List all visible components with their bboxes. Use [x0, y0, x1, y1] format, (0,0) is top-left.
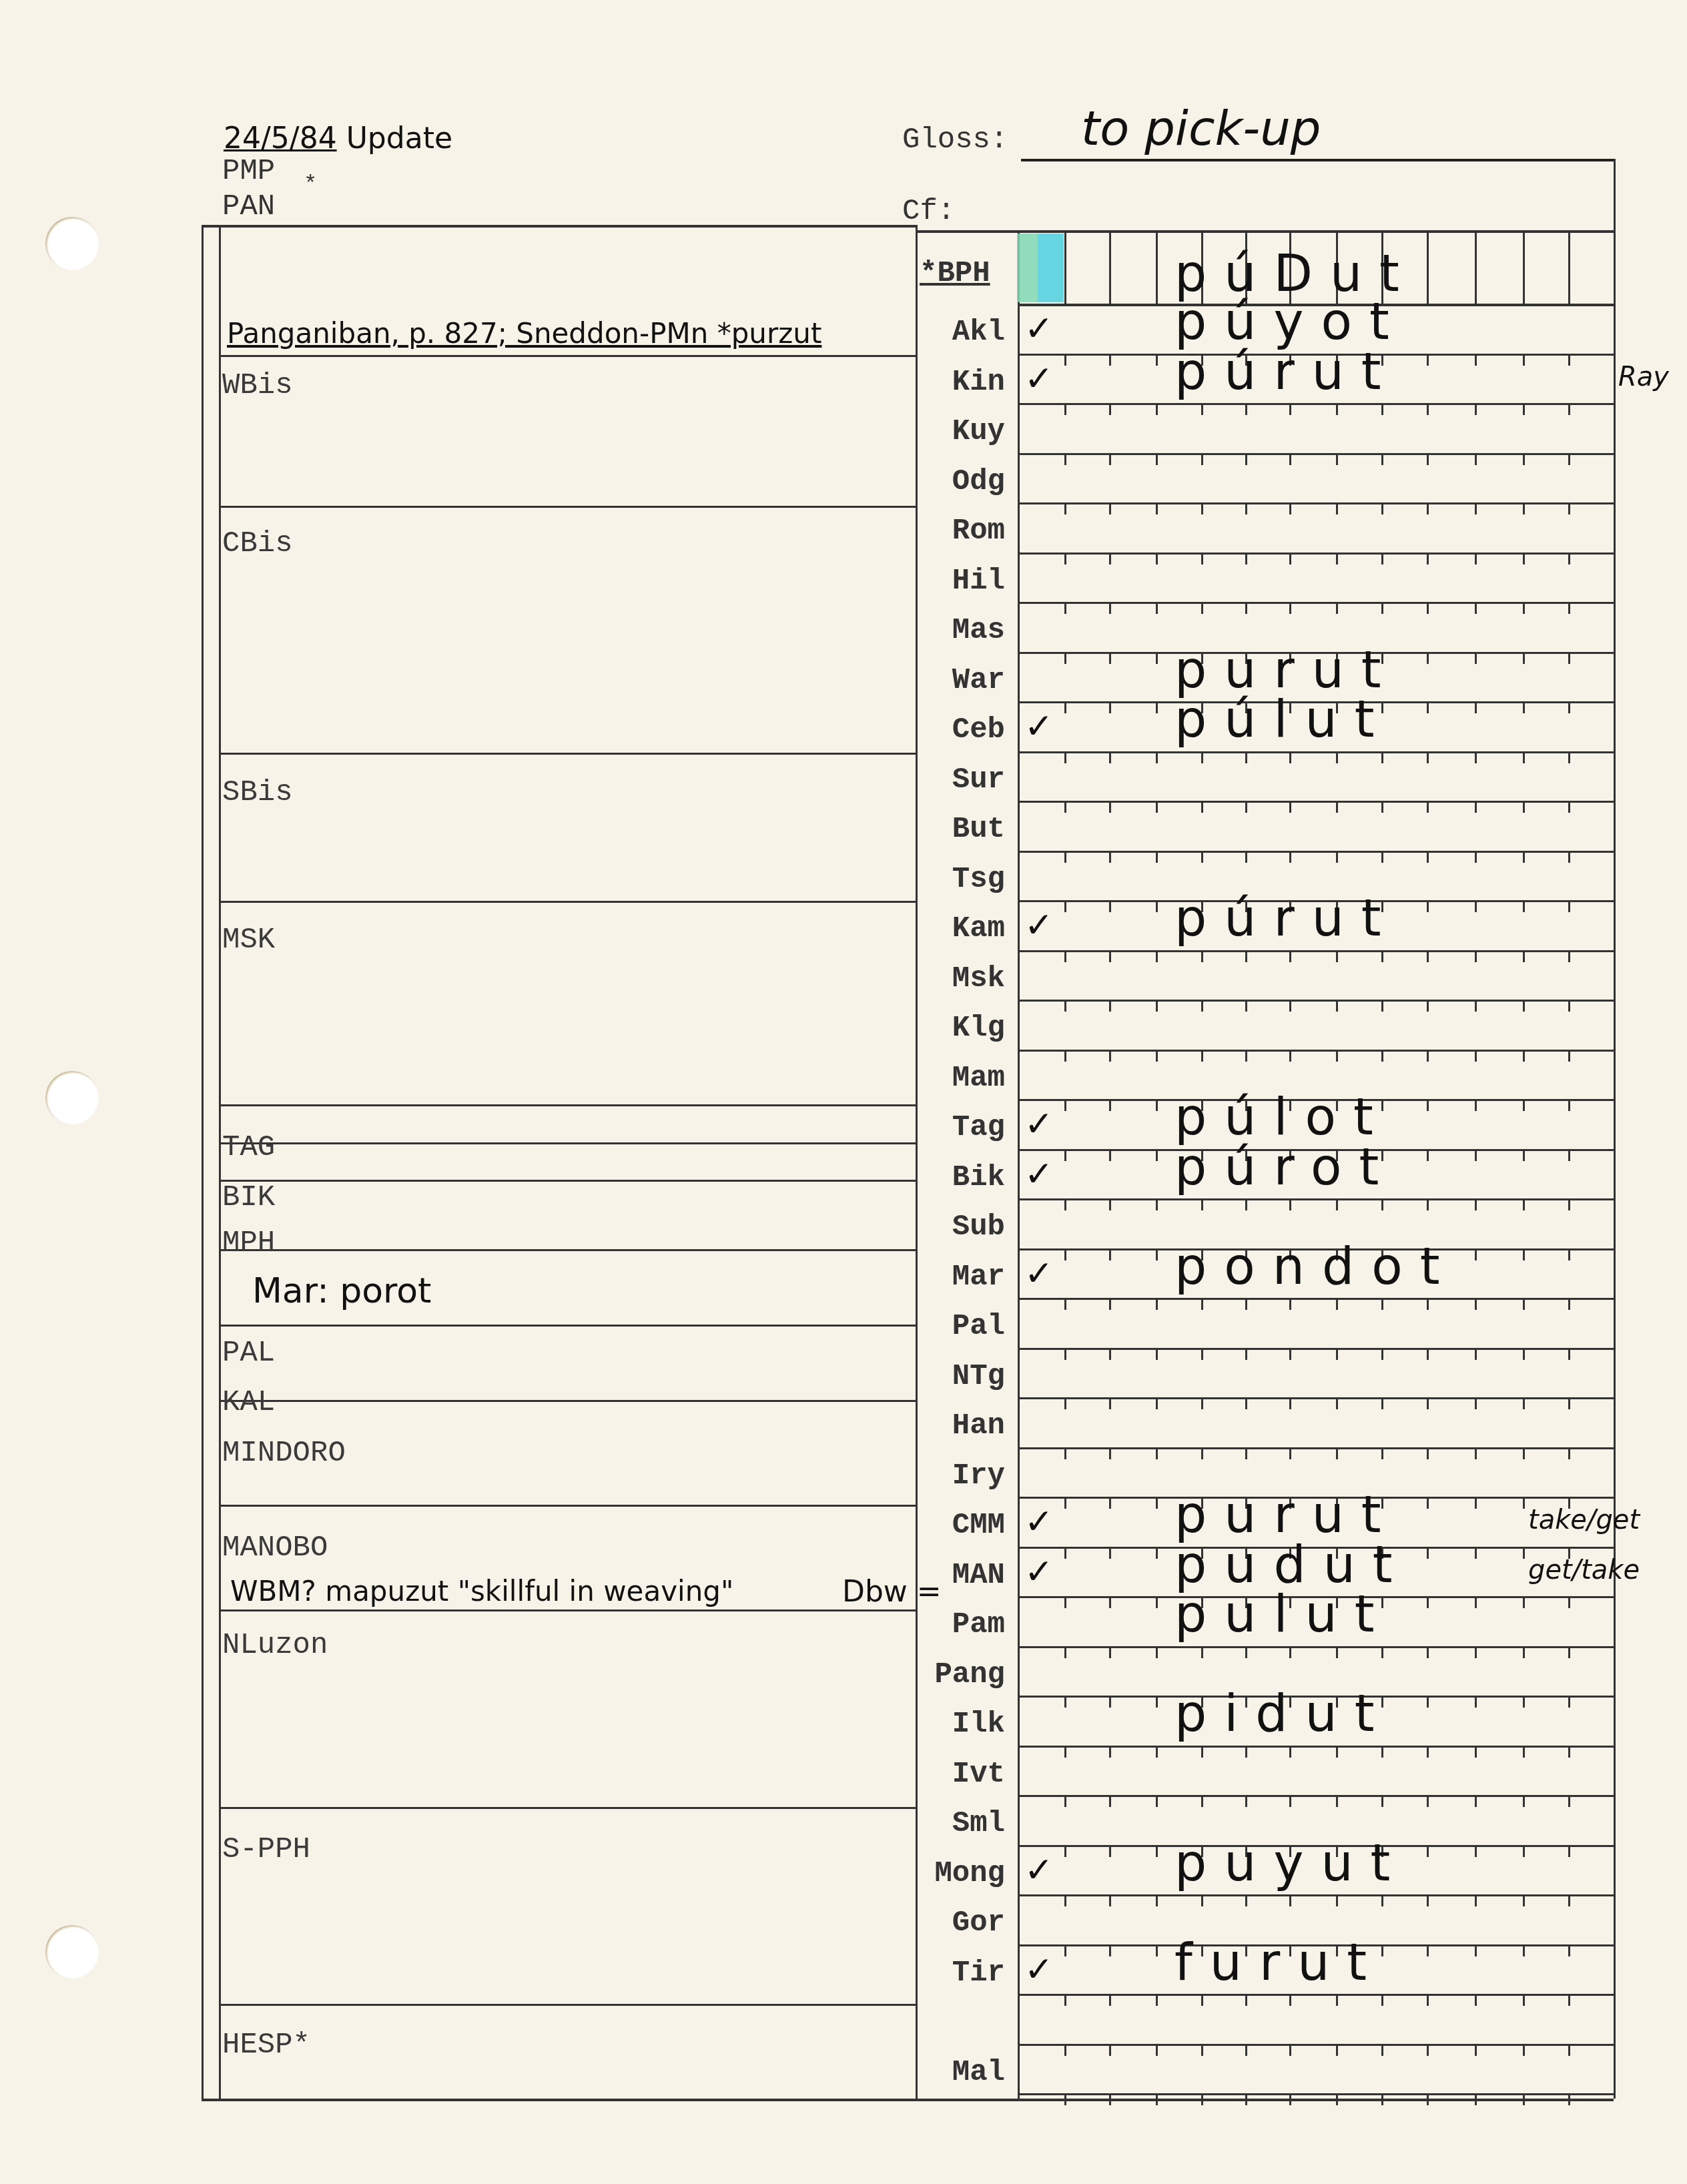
tick-mark	[1568, 602, 1570, 614]
tick-mark	[1156, 701, 1158, 713]
tick-mark	[1336, 1050, 1338, 1062]
tick-mark	[1245, 502, 1247, 514]
update-date: 24/5/84	[224, 121, 337, 155]
tick-mark	[1156, 1696, 1158, 1708]
tick-mark	[1568, 1000, 1570, 1012]
tick-mark	[1336, 751, 1338, 763]
tick-mark	[1568, 1198, 1570, 1210]
subgroup-label: MSK	[222, 924, 275, 957]
tick-mark	[1427, 553, 1429, 565]
tick-mark	[1427, 1149, 1429, 1161]
tick-mark	[1475, 950, 1477, 962]
tick-mark	[1475, 1994, 1477, 2006]
tick-mark	[1523, 1795, 1525, 1807]
tick-mark	[1381, 1646, 1383, 1658]
check-mark: ✓	[1024, 1254, 1054, 1294]
tick-mark	[1381, 502, 1383, 514]
check-mark: ✓	[1024, 1104, 1054, 1144]
tick-mark	[1201, 1198, 1203, 1210]
tick-mark	[1336, 1994, 1338, 2006]
tick-mark	[1475, 1248, 1477, 1260]
reflex-form: pidut	[1174, 1684, 1392, 1743]
tick-mark	[1109, 1894, 1111, 1906]
tick-mark	[1109, 1944, 1111, 1956]
tick-mark	[1064, 1944, 1066, 1956]
tick-mark	[1201, 1894, 1203, 1906]
tick-mark	[1475, 1746, 1477, 1758]
tick-mark	[1064, 1348, 1066, 1360]
proto-label: *BPH	[920, 257, 990, 290]
tick-mark	[1289, 851, 1291, 863]
tick-mark	[1427, 1198, 1429, 1210]
tick-mark	[1523, 1497, 1525, 1509]
tick-mark	[1381, 1994, 1383, 2006]
language-code: Rom	[921, 514, 1005, 548]
highlighter-mark	[1017, 234, 1064, 302]
tick-mark	[1381, 553, 1383, 565]
tick-mark	[1109, 502, 1111, 514]
tick-mark	[1523, 1447, 1525, 1459]
tick-mark	[1064, 751, 1066, 763]
language-code: Kin	[921, 366, 1005, 399]
language-code: Akl	[921, 316, 1005, 349]
language-code: Tag	[921, 1111, 1005, 1144]
tick-mark	[1475, 801, 1477, 813]
tick-mark	[1475, 1348, 1477, 1360]
tick-mark	[1156, 851, 1158, 863]
tick-mark	[1427, 1795, 1429, 1807]
tick-mark	[1427, 701, 1429, 713]
tick-mark	[1336, 1795, 1338, 1807]
tick-mark	[1523, 1994, 1525, 2006]
tick-mark	[1109, 900, 1111, 912]
tick-mark	[1201, 1447, 1203, 1459]
tick-mark	[1381, 1348, 1383, 1360]
tick-mark	[1427, 602, 1429, 614]
check-mark: ✓	[1024, 1552, 1054, 1592]
tick-mark	[1336, 2044, 1338, 2056]
language-code: Tsg	[921, 863, 1005, 896]
subgroup-label: MPH	[222, 1226, 275, 1260]
tick-mark	[1336, 1894, 1338, 1906]
tick-mark	[1064, 1497, 1066, 1509]
check-mark: ✓	[1024, 1850, 1054, 1890]
tick-mark	[1427, 1000, 1429, 1012]
language-code: But	[921, 813, 1005, 846]
tick-mark	[1568, 1894, 1570, 1906]
rule-line	[219, 506, 916, 508]
tick-mark	[1289, 1348, 1291, 1360]
column-line	[1156, 230, 1158, 304]
tick-mark	[1109, 1696, 1111, 1708]
tick-mark	[1381, 1198, 1383, 1210]
tick-mark	[1064, 1845, 1066, 1857]
check-mark: ✓	[1024, 707, 1054, 747]
tick-mark	[1523, 900, 1525, 912]
tick-mark	[1064, 652, 1066, 664]
tick-mark	[1245, 1397, 1247, 1409]
tick-mark	[1201, 1348, 1203, 1360]
tick-mark	[1245, 1050, 1247, 1062]
subgroup-note: Mar: porot	[252, 1271, 432, 1311]
tick-mark	[1336, 1198, 1338, 1210]
binder-hole	[45, 1925, 99, 1978]
tick-mark	[1475, 2044, 1477, 2056]
tick-mark	[1289, 453, 1291, 465]
tick-mark	[1245, 1000, 1247, 1012]
tick-mark	[1523, 1298, 1525, 1310]
rule-line	[219, 753, 916, 755]
tick-mark	[1109, 1547, 1111, 1559]
column-line	[916, 225, 918, 2099]
language-code: Gor	[921, 1906, 1005, 1940]
tick-mark	[1109, 1248, 1111, 1260]
column-line	[1523, 230, 1525, 304]
tick-mark	[1064, 2044, 1066, 2056]
tick-mark	[1427, 1894, 1429, 1906]
language-code: Mar	[921, 1260, 1005, 1294]
tick-mark	[1475, 1447, 1477, 1459]
tick-mark	[1156, 1795, 1158, 1807]
subgroup-label: MINDORO	[222, 1437, 346, 1470]
tick-mark	[1475, 751, 1477, 763]
tick-mark	[1427, 1596, 1429, 1608]
tick-mark	[1064, 801, 1066, 813]
tick-mark	[1523, 553, 1525, 565]
tick-mark	[1245, 602, 1247, 614]
rule-line	[219, 1325, 916, 1327]
language-code: Pal	[921, 1310, 1005, 1343]
tick-mark	[1289, 403, 1291, 415]
tick-mark	[1109, 1646, 1111, 1658]
rule-line	[219, 1142, 916, 1144]
tick-mark	[1156, 950, 1158, 962]
tick-mark	[1156, 453, 1158, 465]
tick-mark	[1427, 1646, 1429, 1658]
tick-mark	[1475, 1050, 1477, 1062]
tick-mark	[1568, 502, 1570, 514]
tick-mark	[1568, 701, 1570, 713]
tick-mark	[1523, 1547, 1525, 1559]
tick-mark	[1156, 1447, 1158, 1459]
tick-mark	[1427, 1696, 1429, 1708]
tick-mark	[1156, 1845, 1158, 1857]
tick-mark	[1475, 453, 1477, 465]
tick-mark	[1568, 1447, 1570, 1459]
tick-mark	[1289, 1298, 1291, 1310]
tick-mark	[1336, 1348, 1338, 1360]
tick-mark	[1523, 1646, 1525, 1658]
subgroup-label: BIK	[222, 1181, 275, 1214]
tick-mark	[1336, 1000, 1338, 1012]
tick-mark	[1381, 1050, 1383, 1062]
tick-mark	[1523, 1596, 1525, 1608]
tick-mark	[1427, 354, 1429, 366]
tick-mark	[1568, 1795, 1570, 1807]
tick-mark	[1289, 2093, 1291, 2105]
tick-mark	[1201, 751, 1203, 763]
update-date-note: 24/5/84 Update	[224, 121, 452, 155]
tick-mark	[1064, 1198, 1066, 1210]
tick-mark	[1568, 950, 1570, 962]
rule-line	[219, 1249, 916, 1251]
language-code: Sml	[921, 1807, 1005, 1840]
language-code: Mam	[921, 1062, 1005, 1095]
tick-mark	[1245, 553, 1247, 565]
tick-mark	[1427, 950, 1429, 962]
tick-mark	[1064, 1447, 1066, 1459]
tick-mark	[1289, 1646, 1291, 1658]
tick-mark	[1109, 751, 1111, 763]
tick-mark	[1427, 1994, 1429, 2006]
rule-line	[219, 1104, 916, 1106]
subgroup-label: NLuzon	[222, 1629, 328, 1662]
reflex-form: pondot	[1174, 1236, 1457, 1296]
tick-mark	[1201, 403, 1203, 415]
tick-mark	[1568, 1397, 1570, 1409]
tick-mark	[1427, 1099, 1429, 1111]
tick-mark	[1381, 751, 1383, 763]
tick-mark	[1336, 2093, 1338, 2105]
check-mark: ✓	[1024, 1950, 1054, 1990]
tick-mark	[1568, 1099, 1570, 1111]
tick-mark	[1156, 1397, 1158, 1409]
tick-mark	[1336, 602, 1338, 614]
tick-mark	[1201, 502, 1203, 514]
tick-mark	[1475, 851, 1477, 863]
tick-mark	[1201, 1795, 1203, 1807]
tick-mark	[1156, 751, 1158, 763]
tick-mark	[1427, 751, 1429, 763]
tick-mark	[1156, 1149, 1158, 1161]
tick-mark	[1381, 1447, 1383, 1459]
tick-mark	[1568, 851, 1570, 863]
rule-line	[219, 1400, 916, 1402]
tick-mark	[1245, 751, 1247, 763]
tick-mark	[1523, 2093, 1525, 2105]
tick-mark	[1156, 553, 1158, 565]
tick-mark	[1381, 1000, 1383, 1012]
tick-mark	[1523, 502, 1525, 514]
check-mark: ✓	[1024, 1502, 1054, 1542]
tick-mark	[1427, 1397, 1429, 1409]
tick-mark	[1245, 403, 1247, 415]
tick-mark	[1523, 1149, 1525, 1161]
reflex-form: furut	[1174, 1932, 1384, 1992]
rule-line	[219, 355, 916, 357]
tick-mark	[1568, 1845, 1570, 1857]
tick-mark	[1427, 1497, 1429, 1509]
rule-line	[202, 225, 916, 228]
tick-mark	[1109, 453, 1111, 465]
column-line	[1475, 230, 1477, 304]
tick-mark	[1381, 851, 1383, 863]
tick-mark	[1156, 1497, 1158, 1509]
pan-label: PAN	[222, 190, 275, 224]
tick-mark	[1064, 1596, 1066, 1608]
tick-mark	[1568, 2093, 1570, 2105]
tick-mark	[1245, 851, 1247, 863]
tick-mark	[1475, 1845, 1477, 1857]
tick-mark	[1201, 1397, 1203, 1409]
tick-mark	[1523, 453, 1525, 465]
language-code: Ilk	[921, 1708, 1005, 1741]
tick-mark	[1064, 1000, 1066, 1012]
tick-mark	[1109, 1099, 1111, 1111]
tick-mark	[1523, 1397, 1525, 1409]
column-line	[1064, 230, 1066, 304]
tick-mark	[1427, 2044, 1429, 2056]
tick-mark	[1201, 1050, 1203, 1062]
tick-mark	[1156, 652, 1158, 664]
tick-mark	[1568, 453, 1570, 465]
tick-mark	[1289, 602, 1291, 614]
tick-mark	[1109, 602, 1111, 614]
tick-mark	[1289, 2044, 1291, 2056]
language-code: Bik	[921, 1161, 1005, 1194]
tick-mark	[1201, 1646, 1203, 1658]
tick-mark	[1523, 1845, 1525, 1857]
tick-mark	[1336, 1298, 1338, 1310]
tick-mark	[1289, 801, 1291, 813]
tick-mark	[1523, 1894, 1525, 1906]
tick-mark	[1475, 1696, 1477, 1708]
tick-mark	[1475, 1894, 1477, 1906]
tick-mark	[1289, 1894, 1291, 1906]
tick-mark	[1289, 950, 1291, 962]
language-code: Pang	[921, 1658, 1005, 1692]
tick-mark	[1336, 1447, 1338, 1459]
tick-mark	[1245, 1894, 1247, 1906]
tick-mark	[1289, 1795, 1291, 1807]
tick-mark	[1289, 751, 1291, 763]
tick-mark	[1475, 1497, 1477, 1509]
tick-mark	[1427, 801, 1429, 813]
subgroup-label: HESP*	[222, 2029, 310, 2062]
tick-mark	[1245, 1348, 1247, 1360]
tick-mark	[1156, 1944, 1158, 1956]
tick-mark	[1156, 801, 1158, 813]
tick-mark	[1475, 1000, 1477, 1012]
tick-mark	[1064, 1547, 1066, 1559]
subgroup-label: TAG	[222, 1131, 275, 1164]
tick-mark	[1523, 1000, 1525, 1012]
tick-mark	[1427, 1298, 1429, 1310]
tick-mark	[1523, 1746, 1525, 1758]
tick-mark	[1475, 1198, 1477, 1210]
tick-mark	[1523, 1099, 1525, 1111]
tick-mark	[1336, 1746, 1338, 1758]
column-line	[1568, 230, 1570, 304]
tick-mark	[1336, 1646, 1338, 1658]
tick-mark	[1201, 1000, 1203, 1012]
tick-mark	[1568, 1348, 1570, 1360]
tick-mark	[1381, 453, 1383, 465]
tick-mark	[1336, 950, 1338, 962]
cf-label: Cf:	[902, 195, 955, 228]
subgroup-label: MANOBO	[222, 1531, 328, 1565]
tick-mark	[1568, 1696, 1570, 1708]
tick-mark	[1109, 1447, 1111, 1459]
tick-mark	[1381, 1795, 1383, 1807]
tick-mark	[1245, 2044, 1247, 2056]
tick-mark	[1523, 1050, 1525, 1062]
language-code: Pam	[921, 1608, 1005, 1642]
pmp-label: PMP	[222, 155, 275, 188]
tick-mark	[1109, 1746, 1111, 1758]
tick-mark	[1201, 602, 1203, 614]
tick-mark	[1336, 851, 1338, 863]
tick-mark	[1523, 354, 1525, 366]
side-note: get/take	[1528, 1555, 1640, 1585]
subgroup-note: WBM? mapuzut "skillful in weaving"	[230, 1575, 733, 1607]
check-mark: ✓	[1024, 905, 1054, 946]
tick-mark	[1156, 2093, 1158, 2105]
tick-mark	[1568, 900, 1570, 912]
subgroup-label: S-PPH	[222, 1833, 310, 1866]
tick-mark	[1336, 553, 1338, 565]
tick-mark	[1427, 1447, 1429, 1459]
tick-mark	[1064, 354, 1066, 366]
tick-mark	[1568, 1149, 1570, 1161]
side-note: Ray	[1618, 362, 1669, 392]
tick-mark	[1427, 1845, 1429, 1857]
reflex-form: púrut	[1174, 342, 1399, 401]
tick-mark	[1064, 1894, 1066, 1906]
tick-mark	[1381, 1746, 1383, 1758]
tick-mark	[1064, 1248, 1066, 1260]
tick-mark	[1064, 950, 1066, 962]
tick-mark	[1156, 1746, 1158, 1758]
tick-mark	[1475, 1547, 1477, 1559]
tick-mark	[1201, 801, 1203, 813]
tick-mark	[1109, 1149, 1111, 1161]
tick-mark	[1381, 801, 1383, 813]
tick-mark	[1523, 403, 1525, 415]
tick-mark	[1427, 1050, 1429, 1062]
reference-note: Panganiban, p. 827; Sneddon-PMn *purzut	[227, 317, 821, 350]
language-code: Ivt	[921, 1758, 1005, 1791]
tick-mark	[1568, 652, 1570, 664]
tick-mark	[1336, 453, 1338, 465]
language-code: Sub	[921, 1210, 1005, 1244]
rule-line	[219, 2004, 916, 2006]
tick-mark	[1064, 602, 1066, 614]
language-code: Han	[921, 1409, 1005, 1443]
tick-mark	[1289, 1397, 1291, 1409]
tick-mark	[1064, 701, 1066, 713]
rule-line	[202, 2099, 1614, 2101]
tick-mark	[1109, 1050, 1111, 1062]
rule-line	[916, 230, 1614, 233]
reflex-form: puyut	[1174, 1833, 1407, 1892]
subgroup-label: WBis	[222, 369, 293, 402]
subgroup-label: PAL	[222, 1337, 275, 1370]
language-code: Kuy	[921, 415, 1005, 448]
tick-mark	[1245, 1795, 1247, 1807]
tick-mark	[1568, 1944, 1570, 1956]
tick-mark	[1427, 851, 1429, 863]
tick-mark	[1064, 2093, 1066, 2105]
tick-mark	[1156, 2044, 1158, 2056]
tick-mark	[1427, 900, 1429, 912]
language-code: Sur	[921, 763, 1005, 797]
tick-mark	[1245, 1646, 1247, 1658]
tick-mark	[1201, 1746, 1203, 1758]
tick-mark	[1475, 1298, 1477, 1310]
language-code: Ceb	[921, 713, 1005, 747]
gloss-value: to pick-up	[1081, 100, 1321, 156]
